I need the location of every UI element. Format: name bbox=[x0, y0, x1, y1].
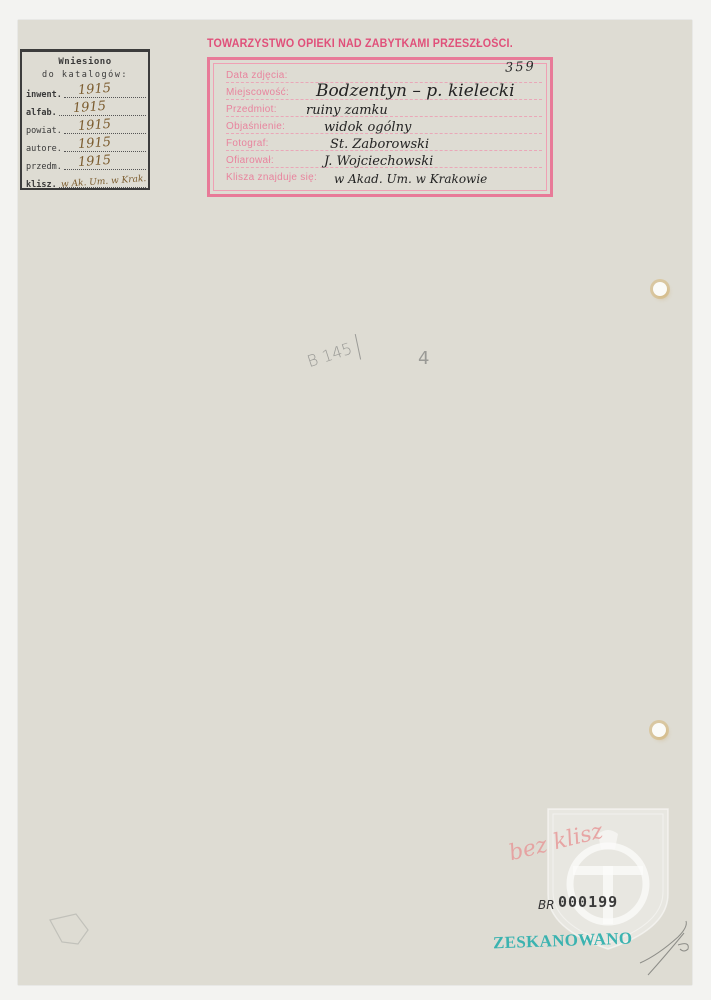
field-donor: Ofiarował: J. Wojciechowski bbox=[226, 151, 542, 168]
pencil-inventory-note: B 145 bbox=[304, 332, 368, 375]
punch-hole-lower bbox=[652, 723, 666, 737]
field-negative-location: Klisza znajduje się: w Akad. Um. w Krako… bbox=[226, 168, 542, 184]
catalog-row-powiat: powiat. 1915 bbox=[26, 118, 146, 136]
field-description: Objaśnienie: widok ogólny bbox=[226, 117, 542, 134]
field-value: w Akad. Um. w Krakowie bbox=[334, 172, 487, 186]
catalog-row-alfab: alfab. 1915 bbox=[26, 100, 146, 118]
shelf-prefix: BR bbox=[538, 898, 555, 912]
field-label: Fotograf: bbox=[226, 138, 269, 149]
field-label: Data zdjęcia: bbox=[226, 70, 288, 81]
field-locality: Miejscowość: Bodzentyn – p. kielecki bbox=[226, 83, 542, 100]
catalog-label: klisz. bbox=[26, 180, 57, 190]
catalog-heading: Wniesiono bbox=[22, 57, 148, 67]
field-label: Objaśnienie: bbox=[226, 121, 285, 132]
field-label: Miejscowość: bbox=[226, 87, 289, 98]
catalog-label: autore. bbox=[26, 144, 62, 154]
catalog-row-przedm: przedm. 1915 bbox=[26, 154, 146, 172]
catalog-label: alfab. bbox=[26, 108, 57, 118]
field-subject: Przedmiot: ruiny zamku bbox=[226, 100, 542, 117]
field-label: Przedmiot: bbox=[226, 104, 277, 115]
field-value: J. Wojciechowski bbox=[324, 154, 433, 169]
record-card: Wniesiono do katalogów: inwent. 1915 alf… bbox=[18, 20, 692, 985]
field-value: Bodzentyn – p. kielecki bbox=[316, 81, 515, 101]
catalog-row-inwent: inwent. 1915 bbox=[26, 82, 146, 100]
catalog-value: 1915 bbox=[77, 153, 111, 170]
catalog-label: powiat. bbox=[26, 126, 62, 136]
pencil-inventory-suffix: 4 bbox=[418, 348, 429, 369]
catalog-value: w Ak. Um. w Krak. bbox=[60, 174, 146, 190]
catalog-row-klisz: klisz. w Ak. Um. w Krak. bbox=[26, 172, 146, 190]
catalog-value: 1915 bbox=[72, 99, 106, 116]
field-label: Klisza znajduje się: bbox=[226, 172, 317, 183]
field-label: Ofiarował: bbox=[226, 155, 274, 166]
corner-smudge-mark bbox=[48, 912, 98, 952]
catalog-label: przedm. bbox=[26, 162, 62, 172]
catalog-value: 1915 bbox=[77, 117, 111, 134]
field-photographer: Fotograf: St. Zaborowski bbox=[226, 134, 542, 151]
catalog-subheading: do katalogów: bbox=[22, 70, 148, 80]
catalog-stamp: Wniesiono do katalogów: inwent. 1915 alf… bbox=[20, 49, 150, 190]
society-stamp: 359 Data zdjęcia: Miejscowość: Bodzentyn… bbox=[207, 57, 553, 197]
catalog-row-autore: autore. 1915 bbox=[26, 136, 146, 154]
punch-hole-upper bbox=[653, 282, 667, 296]
catalog-label: inwent. bbox=[26, 90, 62, 100]
catalog-value: 1915 bbox=[77, 135, 111, 152]
field-value: St. Zaborowski bbox=[330, 137, 429, 152]
pencil-signature-icon bbox=[638, 915, 698, 985]
shelf-number: 000199 bbox=[558, 893, 618, 911]
field-value: ruiny zamku bbox=[306, 103, 388, 118]
catalog-value: 1915 bbox=[77, 81, 111, 98]
society-title: TOWARZYSTWO OPIEKI NAD ZABYTKAMI PRZESZŁ… bbox=[207, 38, 533, 50]
field-value: widok ogólny bbox=[324, 120, 411, 135]
